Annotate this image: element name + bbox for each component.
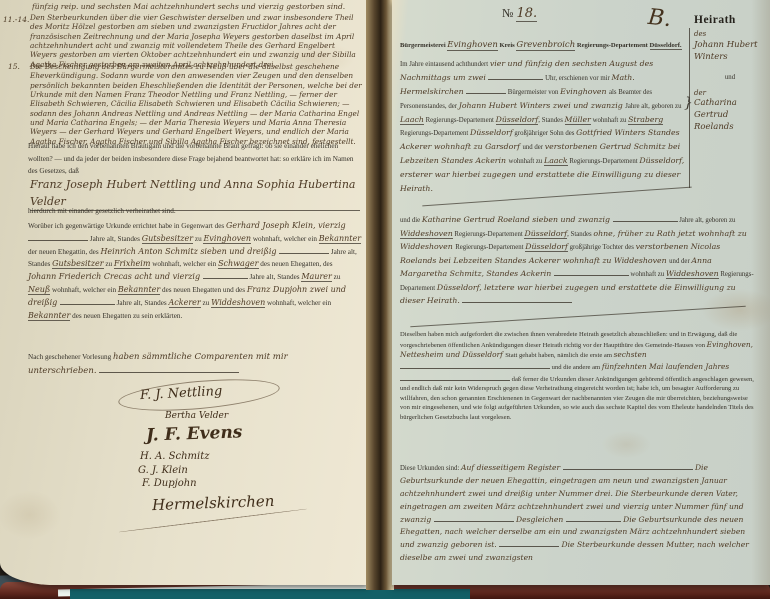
text-segment: Widdeshoven [666, 269, 719, 279]
signature-witness-3: G. J. Klein [138, 465, 188, 476]
margin-groom-prefix: des [694, 30, 766, 40]
text-segment: Auf diesseitigem Register [461, 463, 563, 472]
spouse-names-handwritten: Franz Joseph Hubert Nettling und Anna So… [30, 177, 360, 211]
text-segment [434, 514, 514, 522]
text-segment [554, 268, 629, 276]
text-segment: Johann Friederich Crecas acht und vierzi… [28, 272, 203, 281]
text-segment: Worüber ich gegenwärtige Urkunde erricht… [28, 222, 226, 230]
text-segment: Nach geschehener Vorlesung [28, 353, 113, 361]
text-segment: Diese Urkunden sind: [400, 465, 461, 472]
text-segment: Jahre alt, Standes [115, 299, 169, 307]
signature-witness-1: J. F. Evens [146, 422, 243, 445]
text-segment: daß ferner die Urkunden dieser Ankündigu… [400, 376, 754, 421]
text-segment: wohnhaft, welcher ein [50, 286, 118, 294]
signature-bride: Bertha Velder [165, 411, 228, 421]
text-segment: Widdeshoven [211, 298, 265, 308]
text-segment: , Standes [567, 231, 593, 238]
text-segment: Widdeshoven [400, 229, 453, 239]
text-segment: wohnhaft zu [509, 158, 545, 165]
signature-registrar: Hermelskirchen [152, 492, 275, 514]
text-segment: Regierungs-Departement [575, 42, 649, 49]
text-segment: der neuen Ehegattin, des [28, 248, 100, 256]
bride-paragraph: und die Katharine Gertrud Roeland sieben… [400, 213, 754, 308]
text-segment: Müller [565, 115, 591, 125]
text-segment: und der [669, 258, 691, 265]
margin-bride-prefix: der [694, 89, 766, 99]
text-segment [499, 539, 559, 547]
text-segment [60, 297, 115, 305]
record-number: № 18. [502, 6, 537, 21]
text-segment: fünfzehnten Mai laufenden Jahres [602, 362, 729, 371]
text-segment: Bekannter [118, 285, 160, 295]
text-segment: und die andere am [550, 364, 602, 371]
text-segment: Regierungs-Departement [455, 244, 525, 251]
text-segment [488, 72, 543, 80]
certificates-paragraph: Diese Urkunden sind: Auf diesseitigem Re… [400, 462, 756, 565]
margin-groom-name: Johann Hubert Winters [694, 40, 766, 64]
text-segment: Frixheim [114, 259, 150, 269]
text-segment: Gutsbesitzer [142, 234, 193, 244]
text-segment: des neuen Ehegatten und des [160, 286, 247, 294]
form-header-row: Bürgermeisterei Evinghoven Kreis Grevenb… [400, 39, 690, 52]
text-segment: Düsseldorf [524, 229, 567, 239]
text-segment: Düsseldorf [496, 115, 539, 125]
text-segment: Im Jahre eintausend achthundert [400, 61, 490, 68]
margin-column: Heirath des Johann Hubert Winters und de… [694, 14, 766, 134]
text-segment: Bekannter [28, 311, 70, 321]
text-segment: des neuen Ehegatten zu sein erklärten. [70, 312, 182, 320]
left-page: fünfzig reip. und sechsten Mai achtzehnh… [0, 0, 368, 585]
text-segment: wohnhaft zu [591, 117, 628, 124]
text-segment: wohnhaft, welcher ein [150, 260, 218, 268]
text-segment: großjähriger Sohn des [513, 130, 576, 137]
text-segment: Düsseldorf [525, 242, 568, 252]
text-segment: Bekannter [319, 234, 361, 244]
text-segment: wohnhaft, welcher ein [251, 235, 319, 243]
text-segment: Statt gehabt haben, nämlich die erste am [505, 352, 613, 359]
text-segment [566, 514, 621, 522]
text-segment: Jahre alt, geboren zu [678, 217, 736, 224]
vorlesung-closing-line: Nach geschehener Vorlesung haben sämmtli… [28, 350, 358, 379]
text-segment: zu [332, 273, 341, 281]
text-segment: Gerhard Joseph Klein, vierzig [226, 221, 346, 230]
text-segment: Evinghoven [203, 234, 251, 244]
text-segment: Schwager [218, 259, 258, 269]
text-segment: , Standes [538, 117, 564, 124]
text-segment: Dieselben haben mich aufgefordert die zw… [400, 331, 737, 349]
text-segment: Neuß [28, 285, 50, 295]
table-surface-teal [70, 589, 470, 599]
text-segment: Bürgermeisterei [400, 42, 447, 49]
text-segment: Jahre alt, Standes [88, 235, 142, 243]
right-page: № 18. B. } Heirath des Johann Hubert Win… [392, 0, 770, 585]
text-segment: des neuen Ehegatten, des [259, 260, 333, 268]
text-segment [99, 365, 239, 373]
signature-witness-2: H. A. Schmitz [140, 451, 210, 462]
text-segment: Johann Hubert Winters zwei und zwanzig [459, 101, 626, 110]
book-binding-gutter [366, 0, 394, 590]
text-segment: und die [400, 217, 422, 224]
text-segment: Ackerer [169, 298, 201, 308]
text-segment: Jahre alt, Standes [248, 273, 302, 281]
text-segment: Laach [400, 115, 424, 125]
ink-strike-line [410, 306, 745, 328]
record-number-symbol: № [502, 6, 513, 20]
text-segment: Regierungs-Departement [568, 158, 640, 165]
text-segment: Regierungs-Departement [424, 117, 496, 124]
text-segment: Uhr, erschienen vor mir [543, 75, 611, 82]
marriage-question-printed-text: Hierauf habe ich den vorbenannten Bräuti… [28, 140, 358, 178]
text-segment: Laack [544, 156, 568, 166]
margin-title-heirath: Heirath [694, 14, 766, 26]
text-segment: Düsseldorf [470, 128, 513, 137]
text-segment: Evinghoven [447, 40, 498, 51]
text-segment [613, 214, 678, 222]
text-segment: Heinrich Anton Schmitz sieben und dreißi… [100, 247, 279, 256]
groom-paragraph: Im Jahre eintausend achthundert vier und… [400, 57, 686, 196]
text-segment [400, 361, 550, 369]
text-segment: Grevenbroich [516, 40, 575, 51]
record-number-value: 18. [516, 6, 537, 22]
register-letter-b: B. [647, 5, 673, 32]
text-segment: Bürgermeister von [506, 89, 560, 96]
married-declaration-printed-text: hierdurch mit einander gesetzlich verhei… [28, 207, 358, 215]
text-segment: Evinghoven [560, 87, 609, 96]
text-segment: wohnhaft, welcher ein [265, 299, 331, 307]
text-segment: Regierungs-Departement [453, 231, 525, 238]
text-segment: zu [193, 235, 203, 243]
text-segment: großjährige Tochter des [568, 244, 636, 251]
margin-bride-name: Catharina Gertrud Roelands [694, 98, 766, 134]
margin-conjunction: und [694, 74, 766, 81]
signature-witness-4: F. Dupjohn [142, 478, 197, 489]
text-segment [563, 462, 693, 470]
document-item-15: Die Bescheinigung des Bürgermeisteramtes… [30, 62, 363, 146]
text-segment: Kreis [498, 42, 517, 49]
text-segment: zu [201, 299, 211, 307]
text-segment [400, 373, 510, 381]
text-segment [28, 233, 88, 241]
text-segment [466, 86, 506, 94]
document-item-11-14: Den Sterbeurkunden über die vier Geschwi… [30, 13, 363, 69]
text-segment: Straberg [628, 115, 663, 125]
ink-flourish [119, 508, 308, 532]
text-segment: und der [522, 144, 544, 151]
witness-declaration-paragraph: Worüber ich gegenwärtige Urkunde erricht… [28, 220, 362, 322]
margin-item-number-11-14: 11.-14. [3, 15, 29, 24]
text-segment: sechsten [614, 350, 647, 359]
text-segment: Desgleichen [514, 515, 566, 524]
text-segment: Maurer [301, 272, 332, 282]
text-segment [462, 295, 572, 303]
text-segment: zu [104, 260, 114, 268]
announcement-paragraph: Dieselben haben mich aufgefordert die zw… [400, 330, 756, 422]
text-segment [203, 271, 248, 279]
text-segment: Düsseldorf. [650, 42, 682, 50]
text-segment: Jahre alt, geboren zu [625, 103, 681, 110]
margin-item-number-15: 15. [8, 62, 20, 71]
text-segment: wohnhaft zu [629, 271, 666, 278]
text-segment: Katharine Gertrud Roeland sieben und zwa… [422, 215, 613, 224]
text-segment: Gutsbesitzer [52, 259, 103, 269]
text-segment [279, 246, 329, 254]
left-top-partial-line: fünfzig reip. und sechsten Mai achtzehnh… [32, 2, 362, 11]
register-photo: { "left_page": { "margin_note_1": "11.-1… [0, 0, 770, 599]
text-segment: Regierungs-Departement [400, 130, 470, 137]
